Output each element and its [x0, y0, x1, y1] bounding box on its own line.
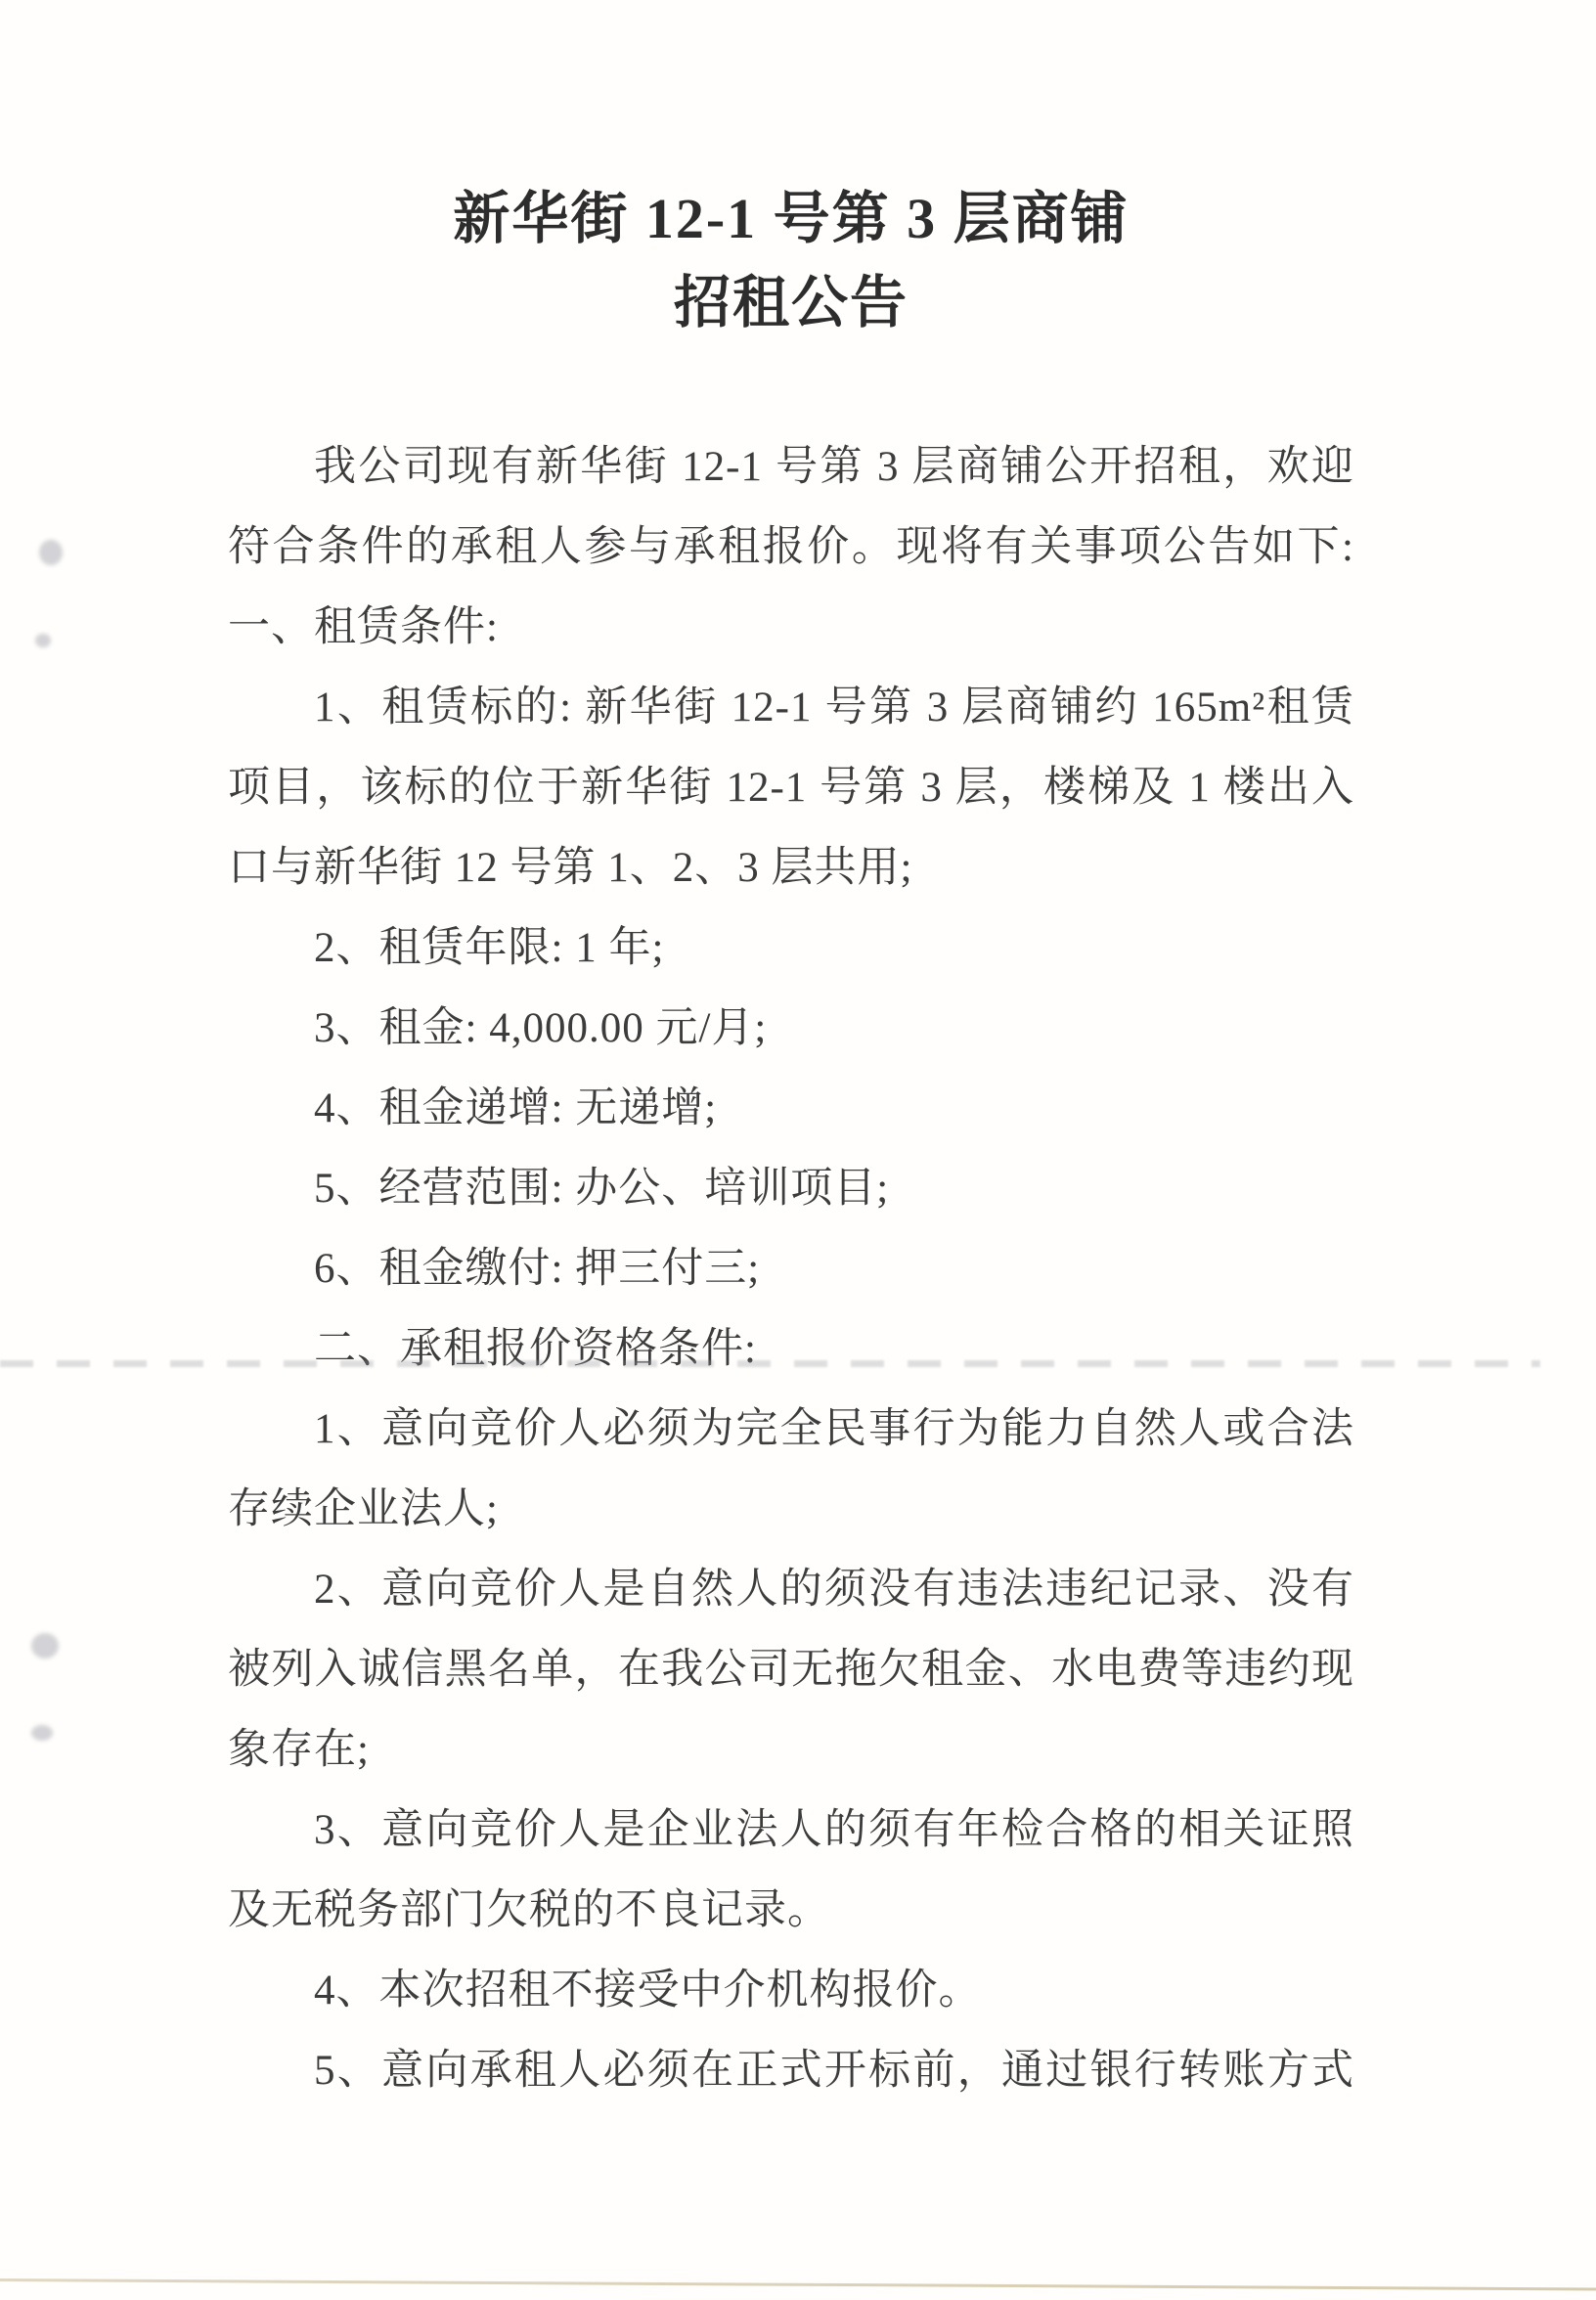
body-line: 3、租金: 4,000.00 元/月; — [228, 989, 1354, 1069]
scan-noise-streak — [0, 1360, 1540, 1367]
document-title-line-2: 招租公告 — [228, 261, 1354, 345]
section-heading-1: 一、租赁条件: — [228, 588, 1354, 668]
body-line: 象存在; — [228, 1710, 1354, 1791]
body-line: 口与新华街 12 号第 1、2、3 层共用; — [228, 828, 1354, 908]
scan-smudge — [31, 1633, 59, 1659]
body-line: 2、租赁年限: 1 年; — [228, 908, 1354, 989]
body-line: 4、租金递增: 无递增; — [228, 1069, 1354, 1149]
body-line: 5、经营范围: 办公、培训项目; — [228, 1149, 1354, 1229]
body-line: 6、租金缴付: 押三付三; — [228, 1229, 1354, 1309]
page-bottom-edge — [0, 2278, 1596, 2291]
section-heading-2: 二、承租报价资格条件: — [228, 1309, 1354, 1390]
document-body: 我公司现有新华街 12-1 号第 3 层商铺公开招租，欢迎 符合条件的承租人参与… — [228, 427, 1354, 2111]
body-line: 存续企业法人; — [228, 1470, 1354, 1550]
body-line: 2、意向竞价人是自然人的须没有违法违纪记录、没有 — [228, 1550, 1354, 1630]
scanned-document-page: 新华街 12-1 号第 3 层商铺 招租公告 我公司现有新华街 12-1 号第 … — [0, 0, 1596, 2300]
document-title-line-1: 新华街 12-1 号第 3 层商铺 — [228, 177, 1354, 261]
body-line: 符合条件的承租人参与承租报价。现将有关事项公告如下: — [228, 508, 1354, 588]
body-line: 3、意向竞价人是企业法人的须有年检合格的相关证照 — [228, 1791, 1354, 1871]
scan-smudge — [39, 540, 63, 565]
body-line: 1、意向竞价人必须为完全民事行为能力自然人或合法 — [228, 1390, 1354, 1470]
body-line: 1、租赁标的: 新华街 12-1 号第 3 层商铺约 165m²租赁 — [228, 668, 1354, 748]
body-line: 项目，该标的位于新华街 12-1 号第 3 层，楼梯及 1 楼出入 — [228, 748, 1354, 828]
body-line: 及无税务部门欠税的不良记录。 — [228, 1871, 1354, 1951]
body-line: 被列入诚信黑名单，在我公司无拖欠租金、水电费等违约现 — [228, 1630, 1354, 1710]
body-line: 4、本次招租不接受中介机构报价。 — [228, 1951, 1354, 2031]
scan-smudge — [35, 634, 51, 647]
scan-smudge — [31, 1725, 53, 1741]
body-line: 我公司现有新华街 12-1 号第 3 层商铺公开招租，欢迎 — [228, 427, 1354, 508]
document-title: 新华街 12-1 号第 3 层商铺 招租公告 — [228, 177, 1354, 345]
body-line: 5、意向承租人必须在正式开标前，通过银行转账方式 — [228, 2031, 1354, 2111]
